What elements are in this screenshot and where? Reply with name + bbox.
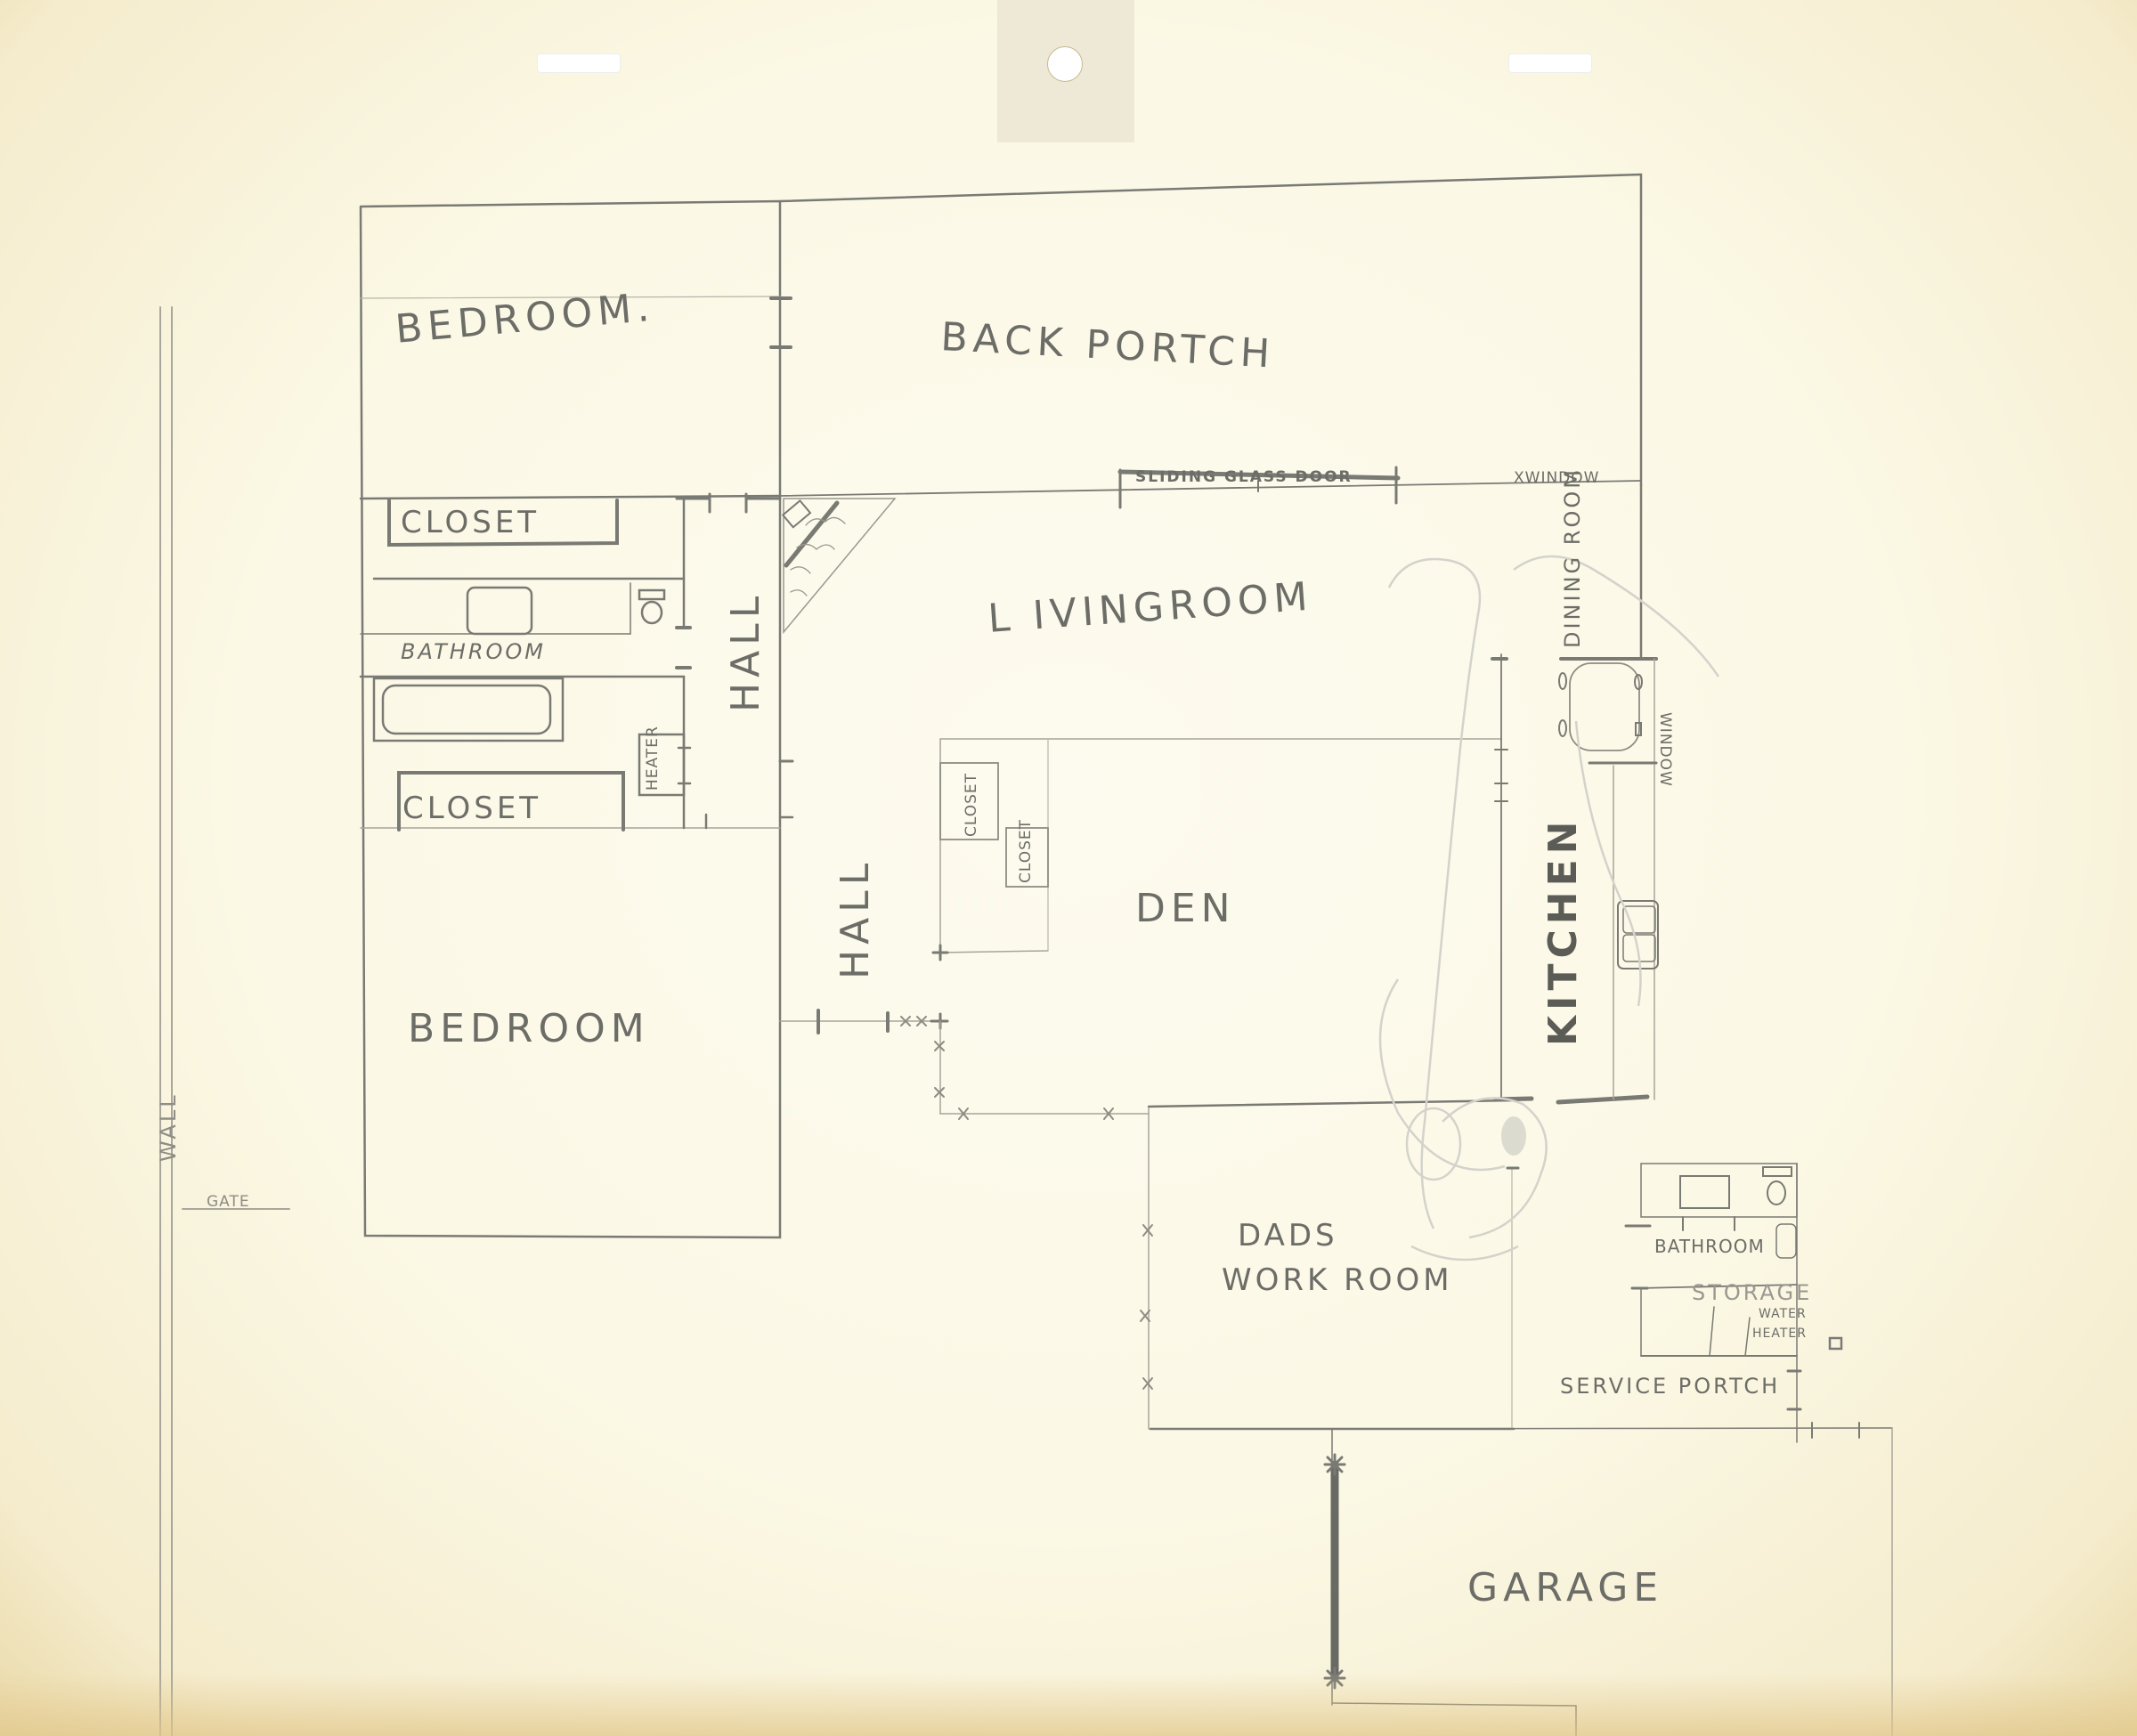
label-service-porch: SERVICE PORTCH [1560,1374,1780,1399]
label-den: DEN [1135,886,1236,931]
label-gate: GATE [207,1193,250,1211]
label-dads-workroom-line1: DADS [1238,1218,1338,1253]
floor-plan-sheet: BEDROOM. BACK PORTCH SLIDING GLASS DOOR … [0,0,2137,1736]
label-garage: GARAGE [1467,1565,1663,1610]
label-closet-top: CLOSET [401,505,540,540]
label-window-side: WINDOW [1656,712,1674,787]
label-den-closet-1: CLOSET [963,773,980,837]
label-kitchen: KITCHEN [1540,816,1586,1046]
label-water-heater-line1: WATER [1759,1307,1807,1321]
label-bathroom-left: BATHROOM [401,639,546,664]
label-window-top: XWINDOW [1514,469,1599,487]
label-bathroom-right: BATHROOM [1654,1236,1765,1257]
label-heater: HEATER [644,726,662,791]
label-dads-workroom-line2: WORK ROOM [1222,1262,1453,1298]
label-wall: WALL [156,1092,181,1162]
label-den-closet-2: CLOSET [1017,819,1035,883]
label-bedroom-bottom: BEDROOM [408,1006,650,1051]
floor-plan-drawing [0,0,2137,1736]
label-sliding-glass-door: SLIDING GLASS DOOR [1135,468,1353,486]
label-dining-room: DINING ROOM [1560,467,1585,648]
label-hall-top: HALL [723,591,768,712]
label-water-heater-line2: HEATER [1752,1326,1807,1341]
label-storage: STORAGE [1692,1280,1812,1305]
label-closet-bottom: CLOSET [402,791,541,826]
label-hall-bottom: HALL [833,858,878,979]
